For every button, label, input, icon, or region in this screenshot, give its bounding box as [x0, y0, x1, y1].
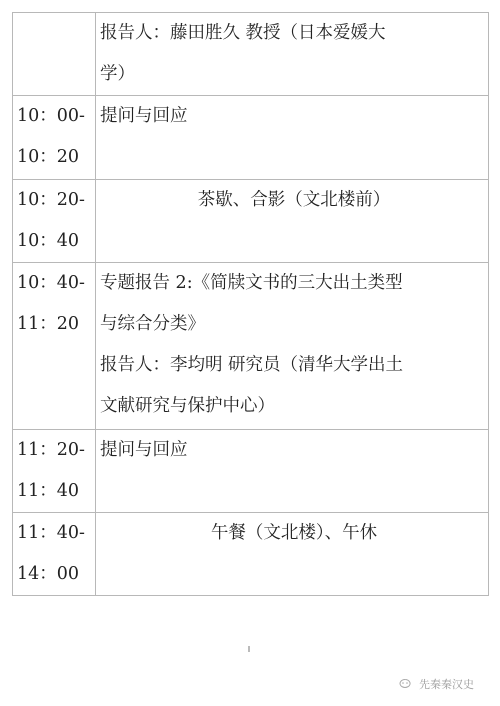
table-row: 11：20- 11：40 提问与回应: [13, 430, 489, 513]
content-cell: 报告人：藤田胜久 教授（日本爱媛大 学）: [96, 13, 489, 96]
content-cell: 茶歇、合影（文北楼前）: [96, 180, 489, 263]
table-row: 11：40- 14：00 午餐（文北楼）、午休: [13, 513, 489, 596]
time-end: 10：40: [17, 221, 95, 262]
time-end: 10：20: [17, 137, 95, 178]
time-end: 11：20: [17, 304, 95, 345]
speaker-text-cont: 文献研究与保护中心）: [100, 386, 488, 427]
speaker-text-cont: 学）: [100, 54, 488, 95]
time-cell: 11：20- 11：40: [13, 430, 96, 513]
session-text: 午餐（文北楼）、午休: [100, 513, 488, 554]
page-marker: [248, 646, 250, 652]
table-row: 10：00- 10：20 提问与回应: [13, 96, 489, 180]
time-start: 10：40-: [17, 263, 95, 304]
schedule-table: 报告人：藤田胜久 教授（日本爱媛大 学） 10：00- 10：20 提问与回应 …: [12, 12, 489, 596]
table-row: 10：40- 11：20 专题报告 2:《简牍文书的三大出土类型 与综合分类》 …: [13, 263, 489, 430]
content-cell: 专题报告 2:《简牍文书的三大出土类型 与综合分类》 报告人：李均明 研究员（清…: [96, 263, 489, 430]
watermark-text: 先秦秦汉史: [419, 676, 474, 692]
report-title-cont: 与综合分类》: [100, 304, 488, 345]
time-cell: 10：20- 10：40: [13, 180, 96, 263]
time-cell: 10：40- 11：20: [13, 263, 96, 430]
time-start: 10：20-: [17, 180, 95, 221]
session-text: 茶歇、合影（文北楼前）: [100, 180, 488, 221]
time-end: 14：00: [17, 554, 95, 595]
watermark: 先秦秦汉史: [398, 676, 474, 692]
time-end: 11：40: [17, 471, 95, 512]
content-cell: 午餐（文北楼）、午休: [96, 513, 489, 596]
table-row: 报告人：藤田胜久 教授（日本爱媛大 学）: [13, 13, 489, 96]
content-cell: 提问与回应: [96, 430, 489, 513]
time-cell: [13, 13, 96, 96]
wechat-icon: [398, 678, 416, 690]
time-start: 11：40-: [17, 513, 95, 554]
time-start: 10：00-: [17, 96, 95, 137]
session-text: 提问与回应: [100, 430, 488, 471]
time-cell: 10：00- 10：20: [13, 96, 96, 180]
content-cell: 提问与回应: [96, 96, 489, 180]
report-title: 专题报告 2:《简牍文书的三大出土类型: [100, 263, 488, 304]
time-cell: 11：40- 14：00: [13, 513, 96, 596]
time-start: 11：20-: [17, 430, 95, 471]
table-row: 10：20- 10：40 茶歇、合影（文北楼前）: [13, 180, 489, 263]
speaker-text: 报告人：李均明 研究员（清华大学出土: [100, 345, 488, 386]
session-text: 提问与回应: [100, 96, 488, 137]
speaker-text: 报告人：藤田胜久 教授（日本爱媛大: [100, 13, 488, 54]
